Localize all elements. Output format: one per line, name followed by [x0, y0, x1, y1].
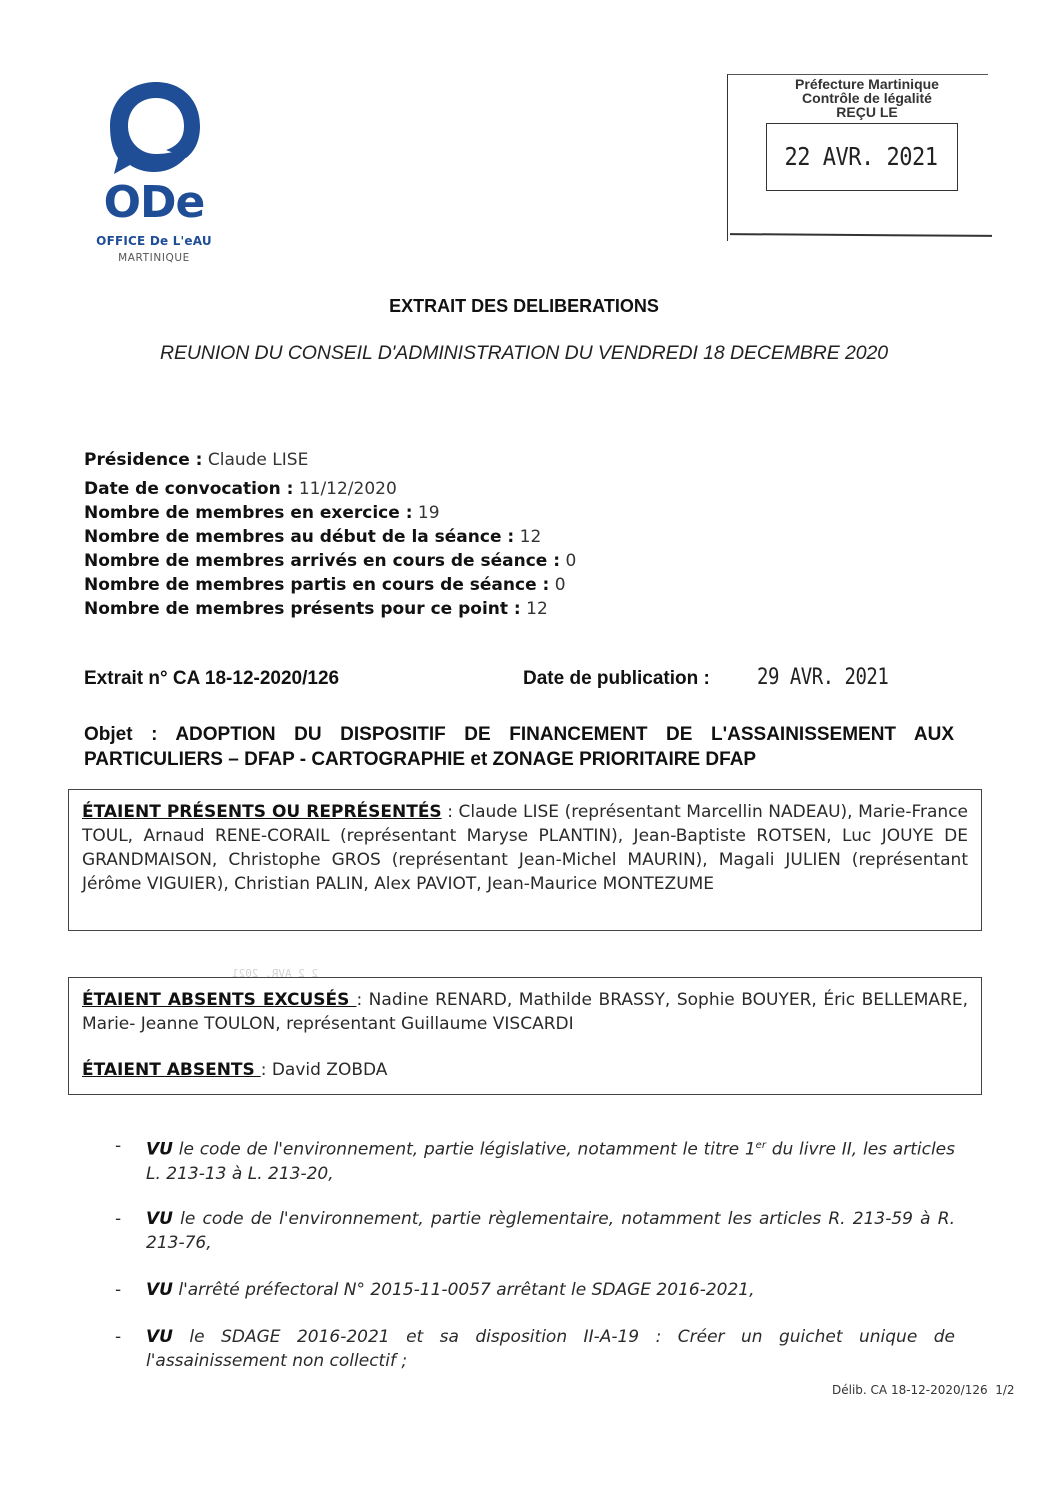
info-row: Nombre de membres en exercice : 19 [84, 501, 576, 525]
prefecture-stamp-header: Préfecture Martinique Contrôle de légali… [752, 77, 982, 119]
excused-absent-label: ÉTAIENT ABSENTS EXCUSÉS [82, 990, 356, 1010]
info-row: Nombre de membres au début de la séance … [84, 525, 576, 549]
info-label: Nombre de membres arrivés en cours de sé… [84, 551, 560, 571]
speech-bubble-logo-icon [104, 78, 204, 178]
info-label: Nombre de membres en exercice : [84, 503, 413, 523]
info-row: Nombre de membres partis en cours de séa… [84, 573, 576, 597]
vu-superscript: er [756, 1140, 766, 1151]
list-dash: - [115, 1134, 121, 1158]
absent-label: ÉTAIENT ABSENTS [82, 1060, 261, 1080]
vu-keyword: VU [146, 1327, 173, 1347]
vu-item: - VU le SDAGE 2016-2021 et sa dispositio… [115, 1325, 955, 1373]
info-label: Date de convocation : [84, 479, 293, 499]
vu-text: le SDAGE 2016-2021 et sa disposition II-… [146, 1327, 955, 1371]
vu-keyword: VU [146, 1140, 173, 1160]
info-value: 0 [555, 575, 566, 595]
absent-list: : David ZOBDA [261, 1060, 388, 1080]
list-dash: - [115, 1325, 121, 1349]
info-value: 12 [520, 527, 542, 547]
info-value: 19 [418, 503, 440, 523]
document-title: EXTRAIT DES DELIBERATIONS [0, 296, 1048, 317]
info-value: Claude LISE [208, 450, 308, 470]
publication-date-stamp: 29 AVR. 2021 [757, 664, 888, 689]
present-members-label: ÉTAIENT PRÉSENTS OU REPRÉSENTÉS [82, 802, 442, 822]
vu-keyword: VU [146, 1280, 173, 1300]
vu-item: - VU l'arrêté préfectoral N° 2015-11-005… [115, 1278, 955, 1302]
meeting-info: Présidence : Claude LISE Date de convoca… [84, 448, 576, 621]
info-row: Présidence : Claude LISE [84, 448, 576, 472]
stamp-line-2: Contrôle de légalité [752, 91, 982, 105]
vu-item: - VU le code de l'environnement, partie … [115, 1134, 955, 1186]
info-value: 12 [526, 599, 548, 619]
extrait-number: Extrait n° CA 18-12-2020/126 [84, 668, 339, 690]
subject-text: ADOPTION DU DISPOSITIF DE FINANCEMENT DE… [84, 724, 954, 770]
ode-logo: ODe OFFICE De L'eAU MARTINIQUE [92, 78, 232, 268]
vu-text: le code de l'environnement, partie légis… [173, 1140, 756, 1160]
info-value: 0 [565, 551, 576, 571]
stamp-line-1: Préfecture Martinique [752, 77, 982, 91]
vu-text: l'arrêté préfectoral N° 2015-11-0057 arr… [173, 1280, 755, 1300]
list-dash: - [115, 1278, 121, 1302]
vu-keyword: VU [146, 1209, 173, 1229]
info-label: Nombre de membres partis en cours de séa… [84, 575, 549, 595]
info-label: Nombre de membres présents pour ce point… [84, 599, 521, 619]
deliberation-subject: Objet : ADOPTION DU DISPOSITIF DE FINANC… [84, 722, 954, 772]
info-row: Nombre de membres arrivés en cours de sé… [84, 549, 576, 573]
info-value: 11/12/2020 [299, 479, 397, 499]
vu-item: - VU le code de l'environnement, partie … [115, 1207, 955, 1255]
subject-label: Objet : [84, 724, 157, 745]
info-label: Présidence : [84, 450, 202, 470]
info-row: Date de convocation : 11/12/2020 [84, 477, 576, 501]
list-dash: - [115, 1207, 121, 1231]
absent-members-box: ÉTAIENT ABSENTS EXCUSÉS : Nadine RENARD,… [68, 977, 982, 1095]
present-members-box: ÉTAIENT PRÉSENTS OU REPRÉSENTÉS : Claude… [68, 789, 982, 931]
page-reference: Délib. CA 18-12-2020/126 1/2 [832, 1383, 1015, 1397]
logo-region: MARTINIQUE [92, 252, 216, 264]
info-row: Nombre de membres présents pour ce point… [84, 597, 576, 621]
publication-date-label: Date de publication : [523, 668, 710, 690]
stamp-received-date: 22 AVR. 2021 [766, 143, 956, 172]
stamp-line-3: REÇU LE [752, 105, 982, 119]
logo-wordmark: ODe [92, 180, 216, 226]
vu-text: le code de l'environnement, partie règle… [146, 1209, 955, 1253]
meeting-subtitle: REUNION DU CONSEIL D'ADMINISTRATION DU V… [0, 342, 1048, 365]
info-label: Nombre de membres au début de la séance … [84, 527, 514, 547]
logo-subtitle: OFFICE De L'eAU [92, 234, 216, 248]
